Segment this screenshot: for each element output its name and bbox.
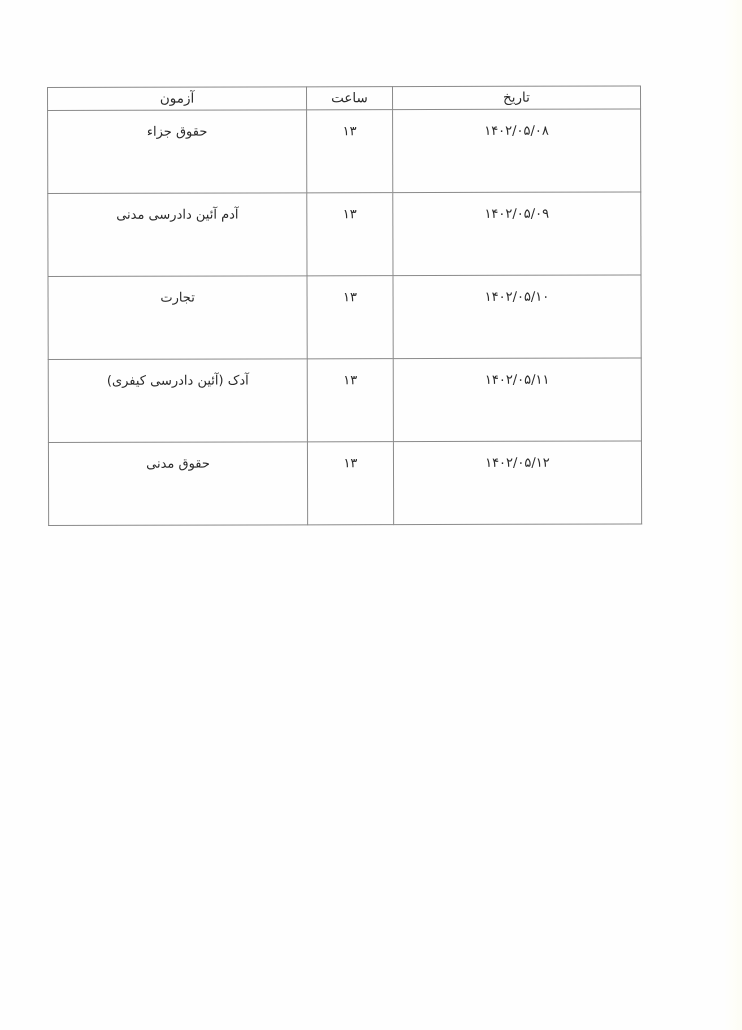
header-time: ساعت [307,87,393,110]
date-cell: ۱۴۰۲/۰۵/۱۲ [393,441,641,525]
time-cell: ۱۳ [307,110,393,193]
table-row: ۱۴۰۲/۰۵/۱۲ ۱۳ حقوق مدنی [48,441,641,526]
header-row: تاریخ ساعت آزمون [48,86,641,111]
page-edge [724,0,742,1030]
exam-cell: آدم آئین دادرسی مدنی [48,193,307,277]
header-date: تاریخ [392,86,640,110]
time-cell: ۱۳ [307,359,393,442]
table-row: ۱۴۰۲/۰۵/۰۸ ۱۳ حقوق جزاء [48,109,641,194]
time-cell: ۱۳ [307,193,393,276]
exam-cell: حقوق مدنی [48,442,307,526]
date-cell: ۱۴۰۲/۰۵/۱۰ [393,275,641,359]
date-cell: ۱۴۰۲/۰۵/۰۹ [393,192,641,276]
time-cell: ۱۳ [307,276,393,359]
table-row: ۱۴۰۲/۰۵/۰۹ ۱۳ آدم آئین دادرسی مدنی [48,192,641,277]
date-cell: ۱۴۰۲/۰۵/۰۸ [392,109,640,193]
table-row: ۱۴۰۲/۰۵/۱۱ ۱۳ آدک (آئین دادرسی کیفری) [48,358,641,443]
time-cell: ۱۳ [307,442,393,525]
exam-cell: آدک (آئین دادرسی کیفری) [48,359,307,443]
date-cell: ۱۴۰۲/۰۵/۱۱ [393,358,641,442]
header-exam: آزمون [48,87,307,111]
exam-cell: تجارت [48,276,307,360]
table-row: ۱۴۰۲/۰۵/۱۰ ۱۳ تجارت [48,275,641,360]
exam-schedule-table: تاریخ ساعت آزمون ۱۴۰۲/۰۵/۰۸ ۱۳ حقوق جزاء… [47,85,642,526]
exam-cell: حقوق جزاء [48,110,307,194]
